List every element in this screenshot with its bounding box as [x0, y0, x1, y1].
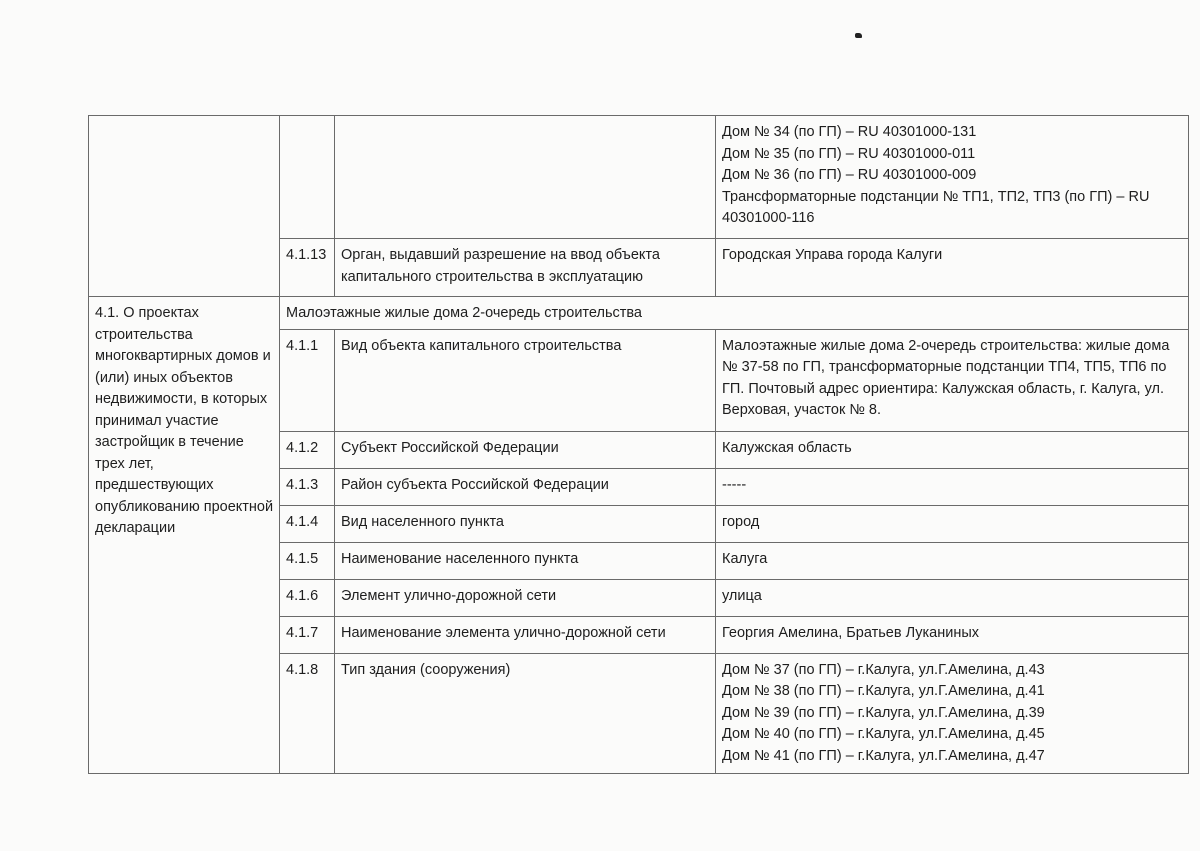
row-value-cell: Дом № 37 (по ГП) – г.Калуга, ул.Г.Амелин…	[716, 653, 1189, 773]
declaration-table: Дом № 34 (по ГП) – RU 40301000-131 Дом №…	[88, 115, 1189, 774]
row-value: Калуга	[716, 542, 1189, 579]
row-value: город	[716, 505, 1189, 542]
table-row-permits-continued: Дом № 34 (по ГП) – RU 40301000-131 Дом №…	[89, 116, 1189, 239]
row-label: Наименование элемента улично-дорожной се…	[335, 616, 716, 653]
building-address-line: Дом № 38 (по ГП) – г.Калуга, ул.Г.Амелин…	[722, 681, 1183, 703]
row-label: Вид населенного пункта	[335, 505, 716, 542]
row-number: 4.1.8	[280, 653, 335, 773]
row-number: 4.1.7	[280, 616, 335, 653]
row-number: 4.1.2	[280, 431, 335, 468]
table-row-project-title: 4.1. О проектах строительства многокварт…	[89, 297, 1189, 330]
row-value: Калужская область	[716, 431, 1189, 468]
row-number: 4.1.5	[280, 542, 335, 579]
row-label: Элемент улично-дорожной сети	[335, 579, 716, 616]
row-number: 4.1.13	[280, 239, 335, 297]
section-heading: 4.1. О проектах строительства многокварт…	[95, 305, 273, 536]
row-label: Вид объекта капитального строительства	[335, 329, 716, 431]
section-heading-cell: 4.1. О проектах строительства многокварт…	[89, 297, 280, 774]
building-address-line: Дом № 41 (по ГП) – г.Калуга, ул.Г.Амелин…	[722, 746, 1183, 768]
row-number-cell	[280, 116, 335, 239]
row-label: Орган, выдавший разрешение на ввод объек…	[335, 239, 716, 297]
row-value: Георгия Амелина, Братьев Луканиных	[716, 616, 1189, 653]
permit-line: Трансформаторные подстанции № ТП1, ТП2, …	[722, 187, 1183, 209]
row-value: Городская Управа города Калуги	[716, 239, 1189, 297]
row-label: Тип здания (сооружения)	[335, 653, 716, 773]
building-address-line: Дом № 40 (по ГП) – г.Калуга, ул.Г.Амелин…	[722, 724, 1183, 746]
permit-line: Дом № 35 (по ГП) – RU 40301000-011	[722, 144, 1183, 166]
row-value: улица	[716, 579, 1189, 616]
row-label: Субъект Российской Федерации	[335, 431, 716, 468]
row-label-cell	[335, 116, 716, 239]
row-number: 4.1.3	[280, 468, 335, 505]
building-address-line: Дом № 37 (по ГП) – г.Калуга, ул.Г.Амелин…	[722, 660, 1183, 682]
permit-line: Дом № 36 (по ГП) – RU 40301000-009	[722, 165, 1183, 187]
permits-value-cell: Дом № 34 (по ГП) – RU 40301000-131 Дом №…	[716, 116, 1189, 239]
project-title: Малоэтажные жилые дома 2-очередь строите…	[280, 297, 1189, 330]
permit-line: 40301000-116	[722, 208, 1183, 230]
row-number: 4.1.4	[280, 505, 335, 542]
row-number: 4.1.6	[280, 579, 335, 616]
prev-section-heading-cell	[89, 116, 280, 297]
row-value: -----	[716, 468, 1189, 505]
row-number: 4.1.1	[280, 329, 335, 431]
row-label: Район субъекта Российской Федерации	[335, 468, 716, 505]
scan-speck	[855, 33, 862, 38]
permit-line: Дом № 34 (по ГП) – RU 40301000-131	[722, 122, 1183, 144]
row-value: Малоэтажные жилые дома 2-очередь строите…	[716, 329, 1189, 431]
building-address-line: Дом № 39 (по ГП) – г.Калуга, ул.Г.Амелин…	[722, 703, 1183, 725]
row-label: Наименование населенного пункта	[335, 542, 716, 579]
